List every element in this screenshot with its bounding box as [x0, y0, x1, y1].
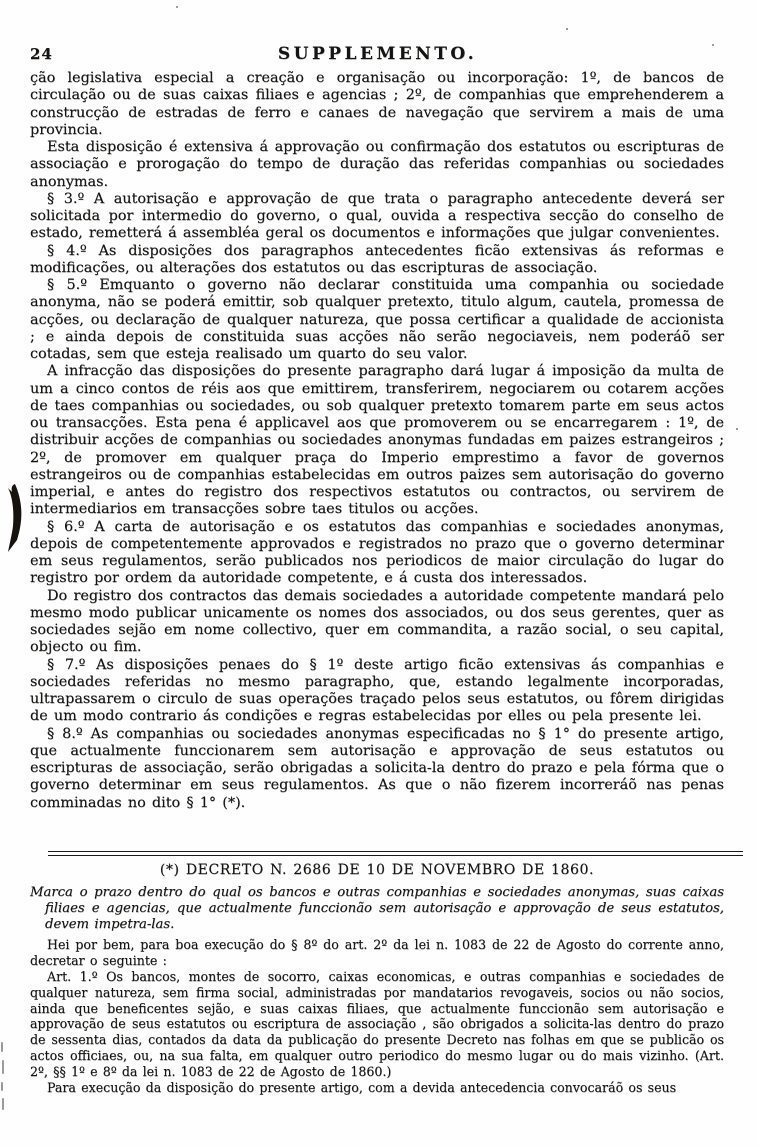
page-number: 24: [30, 45, 53, 63]
scan-edge-mark: [2, 1098, 4, 1110]
page-header: 24 SUPPLEMENTO.: [30, 44, 725, 66]
body-paragraph: § 5.º Emquanto o governo não declarar co…: [30, 277, 724, 363]
footnote: (*) DECRETO N. 2686 DE 10 DE NOVEMBRO DE…: [30, 861, 724, 1095]
scan-edge-mark: [1, 1042, 3, 1052]
document-page: 24 SUPPLEMENTO. ção legislativa especial…: [0, 0, 757, 1147]
scan-edge-mark: [2, 1060, 4, 1074]
body-paragraph: § 3.º A autorisação e approvação de que …: [30, 191, 724, 243]
footnote-paragraph: Art. 1.º Os bancos, montes de socorro, c…: [30, 969, 724, 1080]
body-paragraph: Do registro dos contractos das demais so…: [30, 588, 724, 657]
page-title: SUPPLEMENTO.: [278, 44, 477, 64]
body-paragraph: § 4.º As disposições dos paragraphos ant…: [30, 243, 724, 278]
footnote-rule: [48, 851, 743, 856]
scan-edge-mark: [1, 1082, 3, 1091]
body-paragraph: Esta disposição é extensiva á approvação…: [30, 139, 724, 191]
scan-speck: [736, 428, 738, 430]
body-paragraph: ção legislativa especial a creação e org…: [30, 70, 724, 139]
footnote-summary: Marca o prazo dentro do qual os bancos e…: [30, 885, 724, 934]
body-paragraph: A infracção das disposições do presente …: [30, 363, 724, 518]
ink-blot: [2, 482, 28, 554]
main-text: ção legislativa especial a creação e org…: [30, 70, 724, 812]
footnote-paragraph: Hei por bem, para boa execução do § 8º d…: [30, 937, 724, 969]
body-paragraph: § 8.º As companhias ou sociedades anonym…: [30, 726, 724, 812]
body-paragraph: § 7.º As disposições penaes do § 1º dest…: [30, 657, 724, 726]
body-paragraph: § 6.º A carta de autorisação e os estatu…: [30, 519, 724, 588]
footnote-heading: (*) DECRETO N. 2686 DE 10 DE NOVEMBRO DE…: [30, 863, 724, 879]
footnote-paragraph: Para execução da disposição do presente …: [30, 1080, 724, 1096]
scan-speck: [176, 6, 178, 8]
scan-speck: [566, 28, 568, 30]
